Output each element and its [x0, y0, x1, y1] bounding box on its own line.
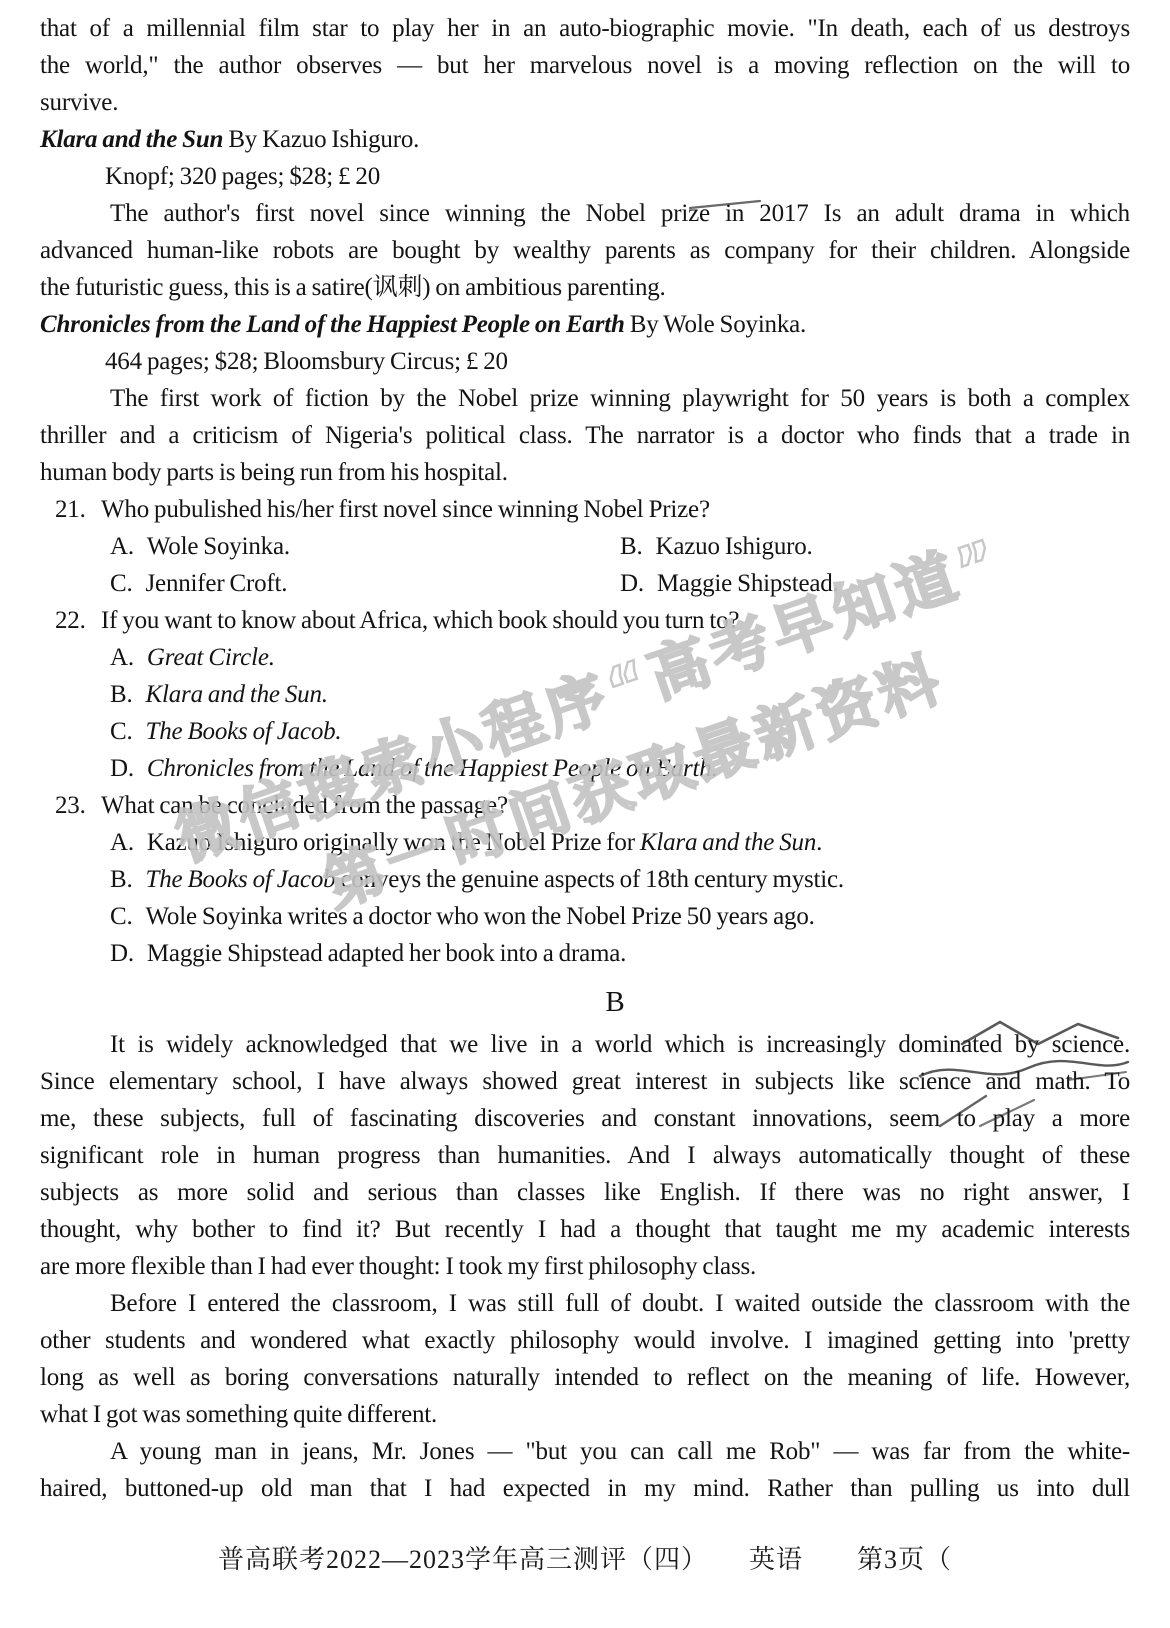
option-label: B. [110, 866, 133, 893]
option-23-C: C.Wole Soyinka writes a doctor who won t… [40, 898, 1130, 935]
option-21-D: D.Maggie Shipstead. [620, 565, 839, 602]
option-23-A: A.Kazuo Ishiguro originally won the Nobe… [40, 824, 1130, 861]
option-label: C. [110, 903, 133, 930]
text-line: The first work of fiction by the Nobel p… [40, 380, 1130, 417]
book2-author: By Wole Soyinka. [625, 311, 806, 338]
option-label: C. [110, 570, 133, 597]
book1-author: By Kazuo Ishiguro. [223, 126, 419, 153]
text-line: the world," the author observes — but he… [40, 47, 1130, 84]
text-line: Before I entered the classroom, I was st… [40, 1285, 1130, 1322]
option-text: Maggie Shipstead. [657, 570, 839, 597]
question-number: 22. [55, 602, 101, 639]
text-line: me, these subjects, full of fascinating … [40, 1100, 1130, 1137]
question-21-stem: 21.Who pubulished his/her first novel si… [40, 491, 1130, 528]
question-21-options-row-1: A.Wole Soyinka. B.Kazuo Ishiguro. [40, 528, 1130, 565]
option-21-C: C.Jennifer Croft. [110, 565, 620, 602]
text-line: that of a millennial film star to play h… [40, 10, 1130, 47]
text-line: other students and wondered what exactly… [40, 1322, 1130, 1359]
option-label: D. [620, 570, 644, 597]
question-text: What can be concluded from the passage? [101, 792, 508, 819]
option-book-title: The Books of Jacob [146, 866, 336, 893]
option-text: Klara and the Sun. [146, 681, 328, 708]
option-text: conveys the genuine aspects of 18th cent… [335, 866, 844, 893]
option-text: Maggie Shipstead adapted her book into a… [147, 940, 626, 967]
text-line: A young man in jeans, Mr. Jones — "but y… [40, 1433, 1130, 1470]
question-number: 21. [55, 491, 101, 528]
option-23-B: B.The Books of Jacob conveys the genuine… [40, 861, 1130, 898]
book1-title: Klara and the Sun [40, 126, 223, 153]
question-text: If you want to know about Africa, which … [101, 607, 739, 634]
question-text: Who pubulished his/her first novel since… [101, 496, 710, 523]
option-text: Jennifer Croft. [146, 570, 288, 597]
option-23-D: D.Maggie Shipstead adapted her book into… [40, 935, 1130, 972]
option-text: Kazuo Ishiguro originally won the Nobel … [147, 829, 640, 856]
text-line: survive. [40, 84, 1130, 121]
option-text: Kazuo Ishiguro. [656, 533, 813, 560]
question-22-stem: 22.If you want to know about Africa, whi… [40, 602, 1130, 639]
page-footer: 普高联考2022—2023学年高三测评（四） 英语 第3页（ [40, 1539, 1130, 1576]
book1-heading: Klara and the Sun By Kazuo Ishiguro. [40, 121, 1130, 158]
option-text: Wole Soyinka. [147, 533, 290, 560]
option-label: A. [110, 829, 134, 856]
option-label: C. [110, 718, 133, 745]
question-number: 23. [55, 787, 101, 824]
text-line: haired, buttoned-up old man that I had e… [40, 1470, 1130, 1507]
option-text: Great Circle. [147, 644, 275, 671]
option-22-A: A.Great Circle. [40, 639, 1130, 676]
option-text: . [816, 829, 822, 856]
option-22-C: C.The Books of Jacob. [40, 713, 1130, 750]
page-text: that of a millennial film star to play h… [40, 10, 1130, 1576]
section-b-heading: B [40, 984, 1130, 1020]
text-line: what I got was something quite different… [40, 1396, 1130, 1433]
question-21-options-row-2: C.Jennifer Croft. D.Maggie Shipstead. [40, 565, 1130, 602]
option-text: Chronicles from the Land of the Happiest… [147, 755, 718, 782]
book2-title: Chronicles from the Land of the Happiest… [40, 311, 625, 338]
option-text: Wole Soyinka writes a doctor who won the… [146, 903, 815, 930]
text-line: thought, why bother to find it? But rece… [40, 1211, 1130, 1248]
option-text: The Books of Jacob. [146, 718, 342, 745]
text-line: significant role in human progress than … [40, 1137, 1130, 1174]
text-line: The author's first novel since winning t… [40, 195, 1130, 232]
book2-heading: Chronicles from the Land of the Happiest… [40, 306, 1130, 343]
option-label: B. [110, 681, 133, 708]
book1-meta: Knopf; 320 pages; $28; £ 20 [40, 158, 1130, 195]
option-22-B: B.Klara and the Sun. [40, 676, 1130, 713]
option-label: B. [620, 533, 643, 560]
option-label: D. [110, 940, 134, 967]
option-21-B: B.Kazuo Ishiguro. [620, 528, 813, 565]
text-line: are more flexible than I had ever though… [40, 1248, 1130, 1285]
text-line: subjects as more solid and serious than … [40, 1174, 1130, 1211]
text-line: human body parts is being run from his h… [40, 454, 1130, 491]
option-22-D: D.Chronicles from the Land of the Happie… [40, 750, 1130, 787]
question-23-stem: 23.What can be concluded from the passag… [40, 787, 1130, 824]
option-label: A. [110, 644, 134, 671]
text-line: advanced human-like robots are bought by… [40, 232, 1130, 269]
book2-meta: 464 pages; $28; Bloomsbury Circus; £ 20 [40, 343, 1130, 380]
option-21-A: A.Wole Soyinka. [110, 528, 620, 565]
text-line: It is widely acknowledged that we live i… [40, 1026, 1130, 1063]
option-label: D. [110, 755, 134, 782]
text-line: Since elementary school, I have always s… [40, 1063, 1130, 1100]
text-line: long as well as boring conversations nat… [40, 1359, 1130, 1396]
text-line: the futuristic guess, this is a satire(讽… [40, 269, 1130, 306]
option-label: A. [110, 533, 134, 560]
text-line: thriller and a criticism of Nigeria's po… [40, 417, 1130, 454]
exam-page: 微信搜索小程序“高考早知道” 第一时间获取最新资料 that of a mill… [0, 0, 1170, 1628]
option-book-title: Klara and the Sun [640, 829, 816, 856]
